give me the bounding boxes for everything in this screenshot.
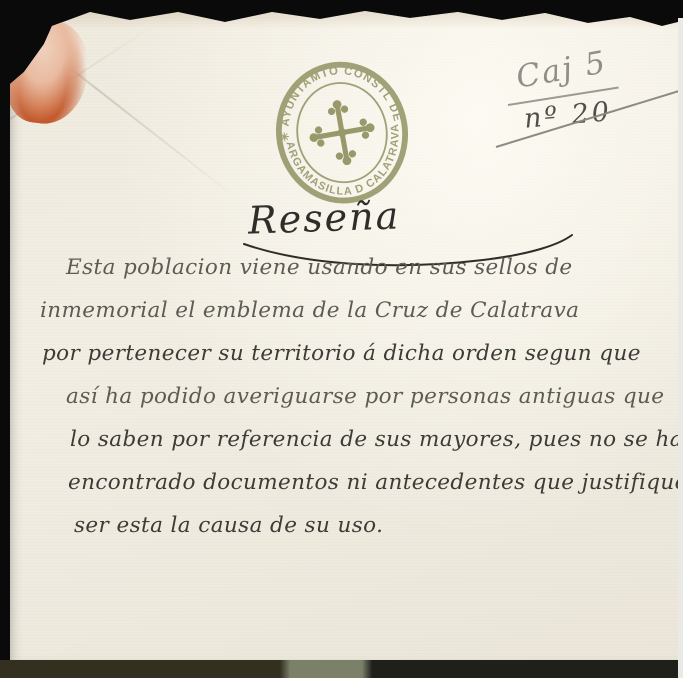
manuscript-line: ser esta la causa de su uso.: [74, 504, 670, 547]
archive-box-label: Caj 5: [514, 44, 610, 95]
document-page: ✳ AYUNTAMTO CONSTL DE ARGAMASILLA D CALA…: [10, 0, 678, 660]
manuscript-line: Esta poblacion viene usando en sus sello…: [66, 246, 670, 289]
municipal-stamp: ✳ AYUNTAMTO CONSTL DE ARGAMASILLA D CALA…: [268, 58, 416, 208]
manuscript-line: encontrado documentos ni antecedentes qu…: [68, 461, 670, 504]
manuscript-line: así ha podido averiguarse por personas a…: [66, 375, 670, 418]
manuscript-line: inmemorial el emblema de la Cruz de Cala…: [40, 289, 670, 332]
scanned-document: ✳ AYUNTAMTO CONSTL DE ARGAMASILLA D CALA…: [0, 0, 683, 678]
torn-edge-tint: [10, 0, 678, 34]
manuscript-line: por pertenecer su territorio á dicha ord…: [42, 332, 670, 375]
calatrava-cross-icon: [304, 94, 380, 170]
manuscript-line: lo saben por referencia de sus mayores, …: [70, 418, 670, 461]
manuscript-body: Esta poblacion viene usando en sus sello…: [40, 246, 670, 547]
scan-footer-strip: [0, 660, 683, 678]
scan-edge-strip: [678, 18, 683, 678]
